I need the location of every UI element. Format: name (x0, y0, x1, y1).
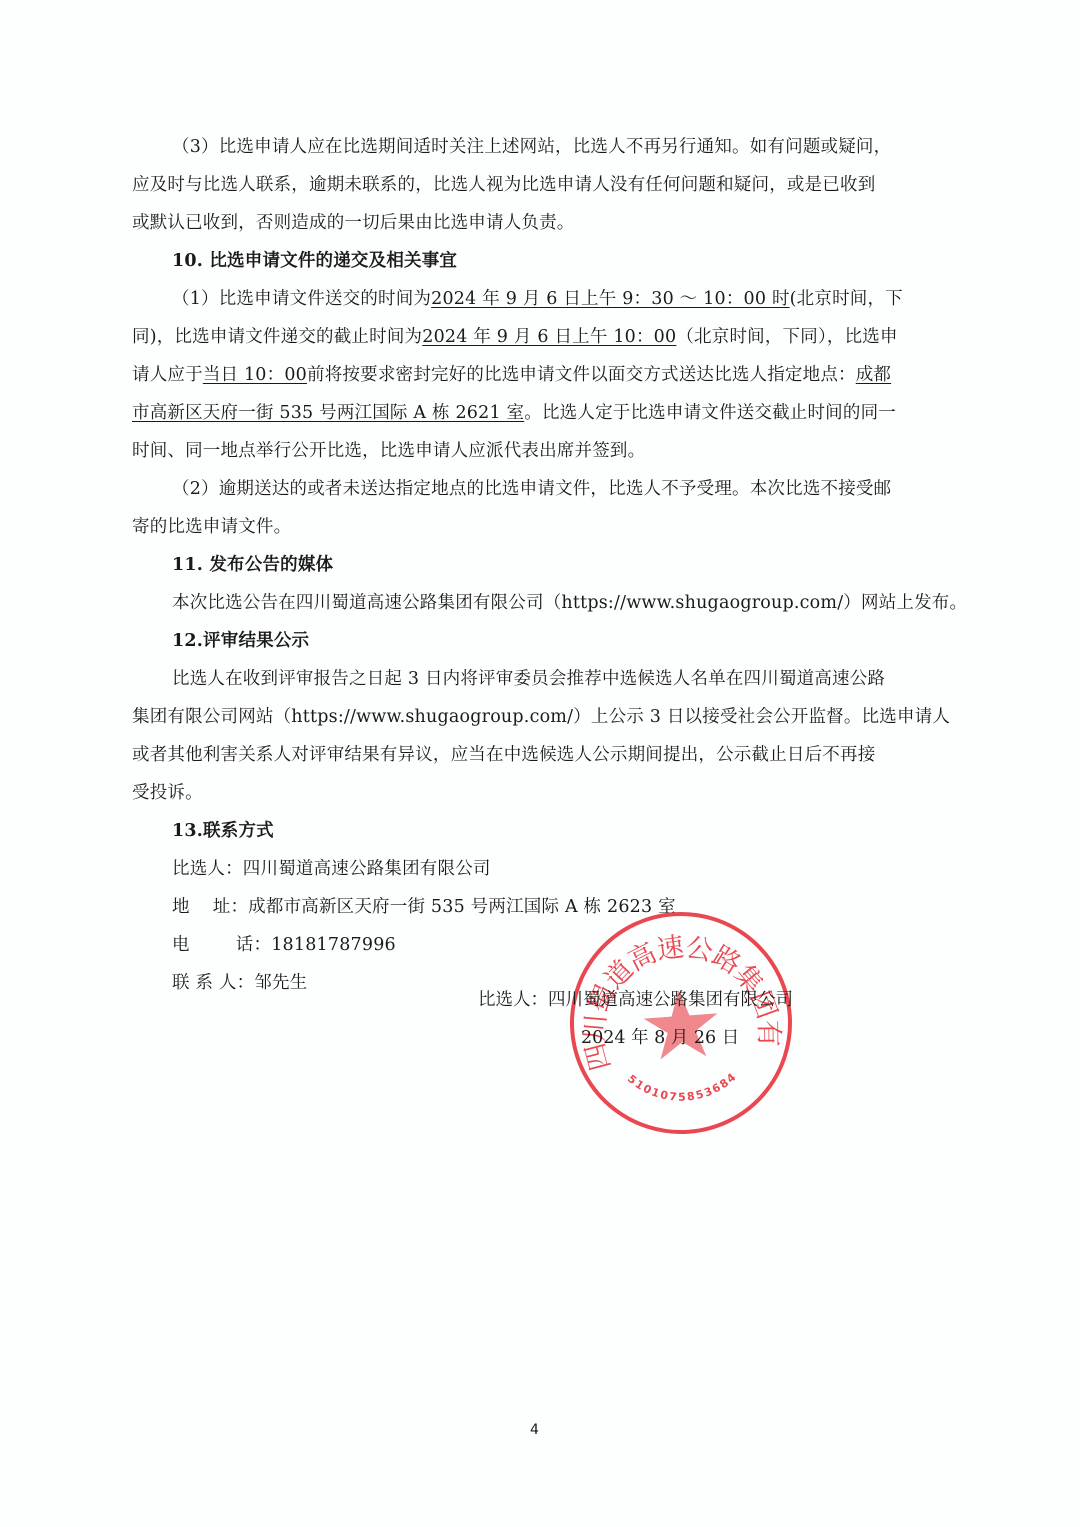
contact-issuer: 比选人：四川蜀道高速公路集团有限公司 (172, 857, 992, 881)
section-10-item-2-line-2: 寄的比选申请文件。 (132, 515, 952, 539)
text: 。比选人定于比选申请文件送交截止时间的同一 (524, 403, 896, 423)
section-10-item-1-line-2: 同)，比选申请文件递交的截止时间为2024 年 9 月 6 日上午 10：00（… (132, 325, 952, 349)
signature-date: 2024 年 8 月 26 日 (581, 1026, 739, 1050)
document-page: （3）比选申请人应在比选期间适时关注上述网站，比选人不再另行通知。如有问题或疑问… (0, 0, 1080, 1527)
section-10-item-1-line-1: （1）比选申请文件送交的时间为2024 年 9 月 6 日上午 9：30 ～ 1… (172, 287, 992, 311)
page-number: 4 (530, 1422, 539, 1438)
seal-code: 5101075853684 (624, 1065, 740, 1108)
section-13-heading: 13.联系方式 (172, 819, 992, 843)
section-11-text: 本次比选公告在四川蜀道高速公路集团有限公司（https://www.shugao… (172, 591, 992, 615)
company-seal: 四川蜀道高速公路集团有限公司 5101075853684 (563, 905, 800, 1142)
seal-graphic: 四川蜀道高速公路集团有限公司 5101075853684 (563, 905, 800, 1142)
paragraph-3-line-2: 应及时与比选人联系，逾期未联系的，比选人视为比选申请人没有任何问题和疑问，或是已… (132, 173, 952, 197)
text: 前将按要求密封完好的比选申请文件以面交方式送达比选人指定地点： (307, 365, 856, 385)
section-12-heading: 12.评审结果公示 (172, 629, 992, 653)
section-10-item-2-line-1: （2）逾期送达的或者未送达指定地点的比选申请文件，比选人不予受理。本次比选不接受… (172, 477, 992, 501)
text: （北京时间，下同），比选申 (676, 327, 897, 347)
deadline-time: 2024 年 9 月 6 日上午 10：00 (422, 327, 676, 347)
text: 请人应于 (132, 365, 203, 385)
section-10-item-1-line-5: 时间、同一地点举行公开比选，比选申请人应派代表出席并签到。 (132, 439, 952, 463)
submission-time: 2024 年 9 月 6 日上午 9：30 ～ 10：00 时 (431, 289, 790, 309)
section-12-line-1: 比选人在收到评审报告之日起 3 日内将评审委员会推荐中选候选人名单在四川蜀道高速… (172, 667, 992, 691)
section-12-line-2: 集团有限公司网站（https://www.shugaogroup.com/）上公… (132, 705, 952, 729)
text: (北京时间，下 (790, 289, 903, 309)
paragraph-3-line-1: （3）比选申请人应在比选期间适时关注上述网站，比选人不再另行通知。如有问题或疑问… (172, 135, 992, 159)
section-12-line-4: 受投诉。 (132, 781, 952, 805)
contact-address: 地 址：成都市高新区天府一街 535 号两江国际 A 栋 2623 室 (172, 895, 992, 919)
text: （1）比选申请文件送交的时间为 (172, 289, 431, 309)
paragraph-3-line-3: 或默认已收到，否则造成的一切后果由比选申请人负责。 (132, 211, 952, 235)
section-11-heading: 11. 发布公告的媒体 (172, 553, 992, 577)
section-10-item-1-line-4: 市高新区天府一街 535 号两江国际 A 栋 2621 室。比选人定于比选申请文… (132, 401, 952, 425)
text: 同)，比选申请文件递交的截止时间为 (132, 327, 422, 347)
submission-address: 市高新区天府一街 535 号两江国际 A 栋 2621 室 (132, 403, 524, 423)
address-start: 成都 (856, 365, 891, 385)
seal-code-path: 5101075853684 (624, 1065, 740, 1108)
section-10-heading: 10. 比选申请文件的递交及相关事宜 (172, 249, 992, 273)
signature-issuer: 比选人：四川蜀道高速公路集团有限公司 (478, 988, 793, 1012)
section-10-item-1-line-3: 请人应于当日 10：00前将按要求密封完好的比选申请文件以面交方式送达比选人指定… (132, 363, 952, 387)
same-day-time: 当日 10：00 (203, 365, 307, 385)
section-12-line-3: 或者其他利害关系人对评审结果有异议，应当在中选候选人公示期间提出，公示截止日后不… (132, 743, 952, 767)
